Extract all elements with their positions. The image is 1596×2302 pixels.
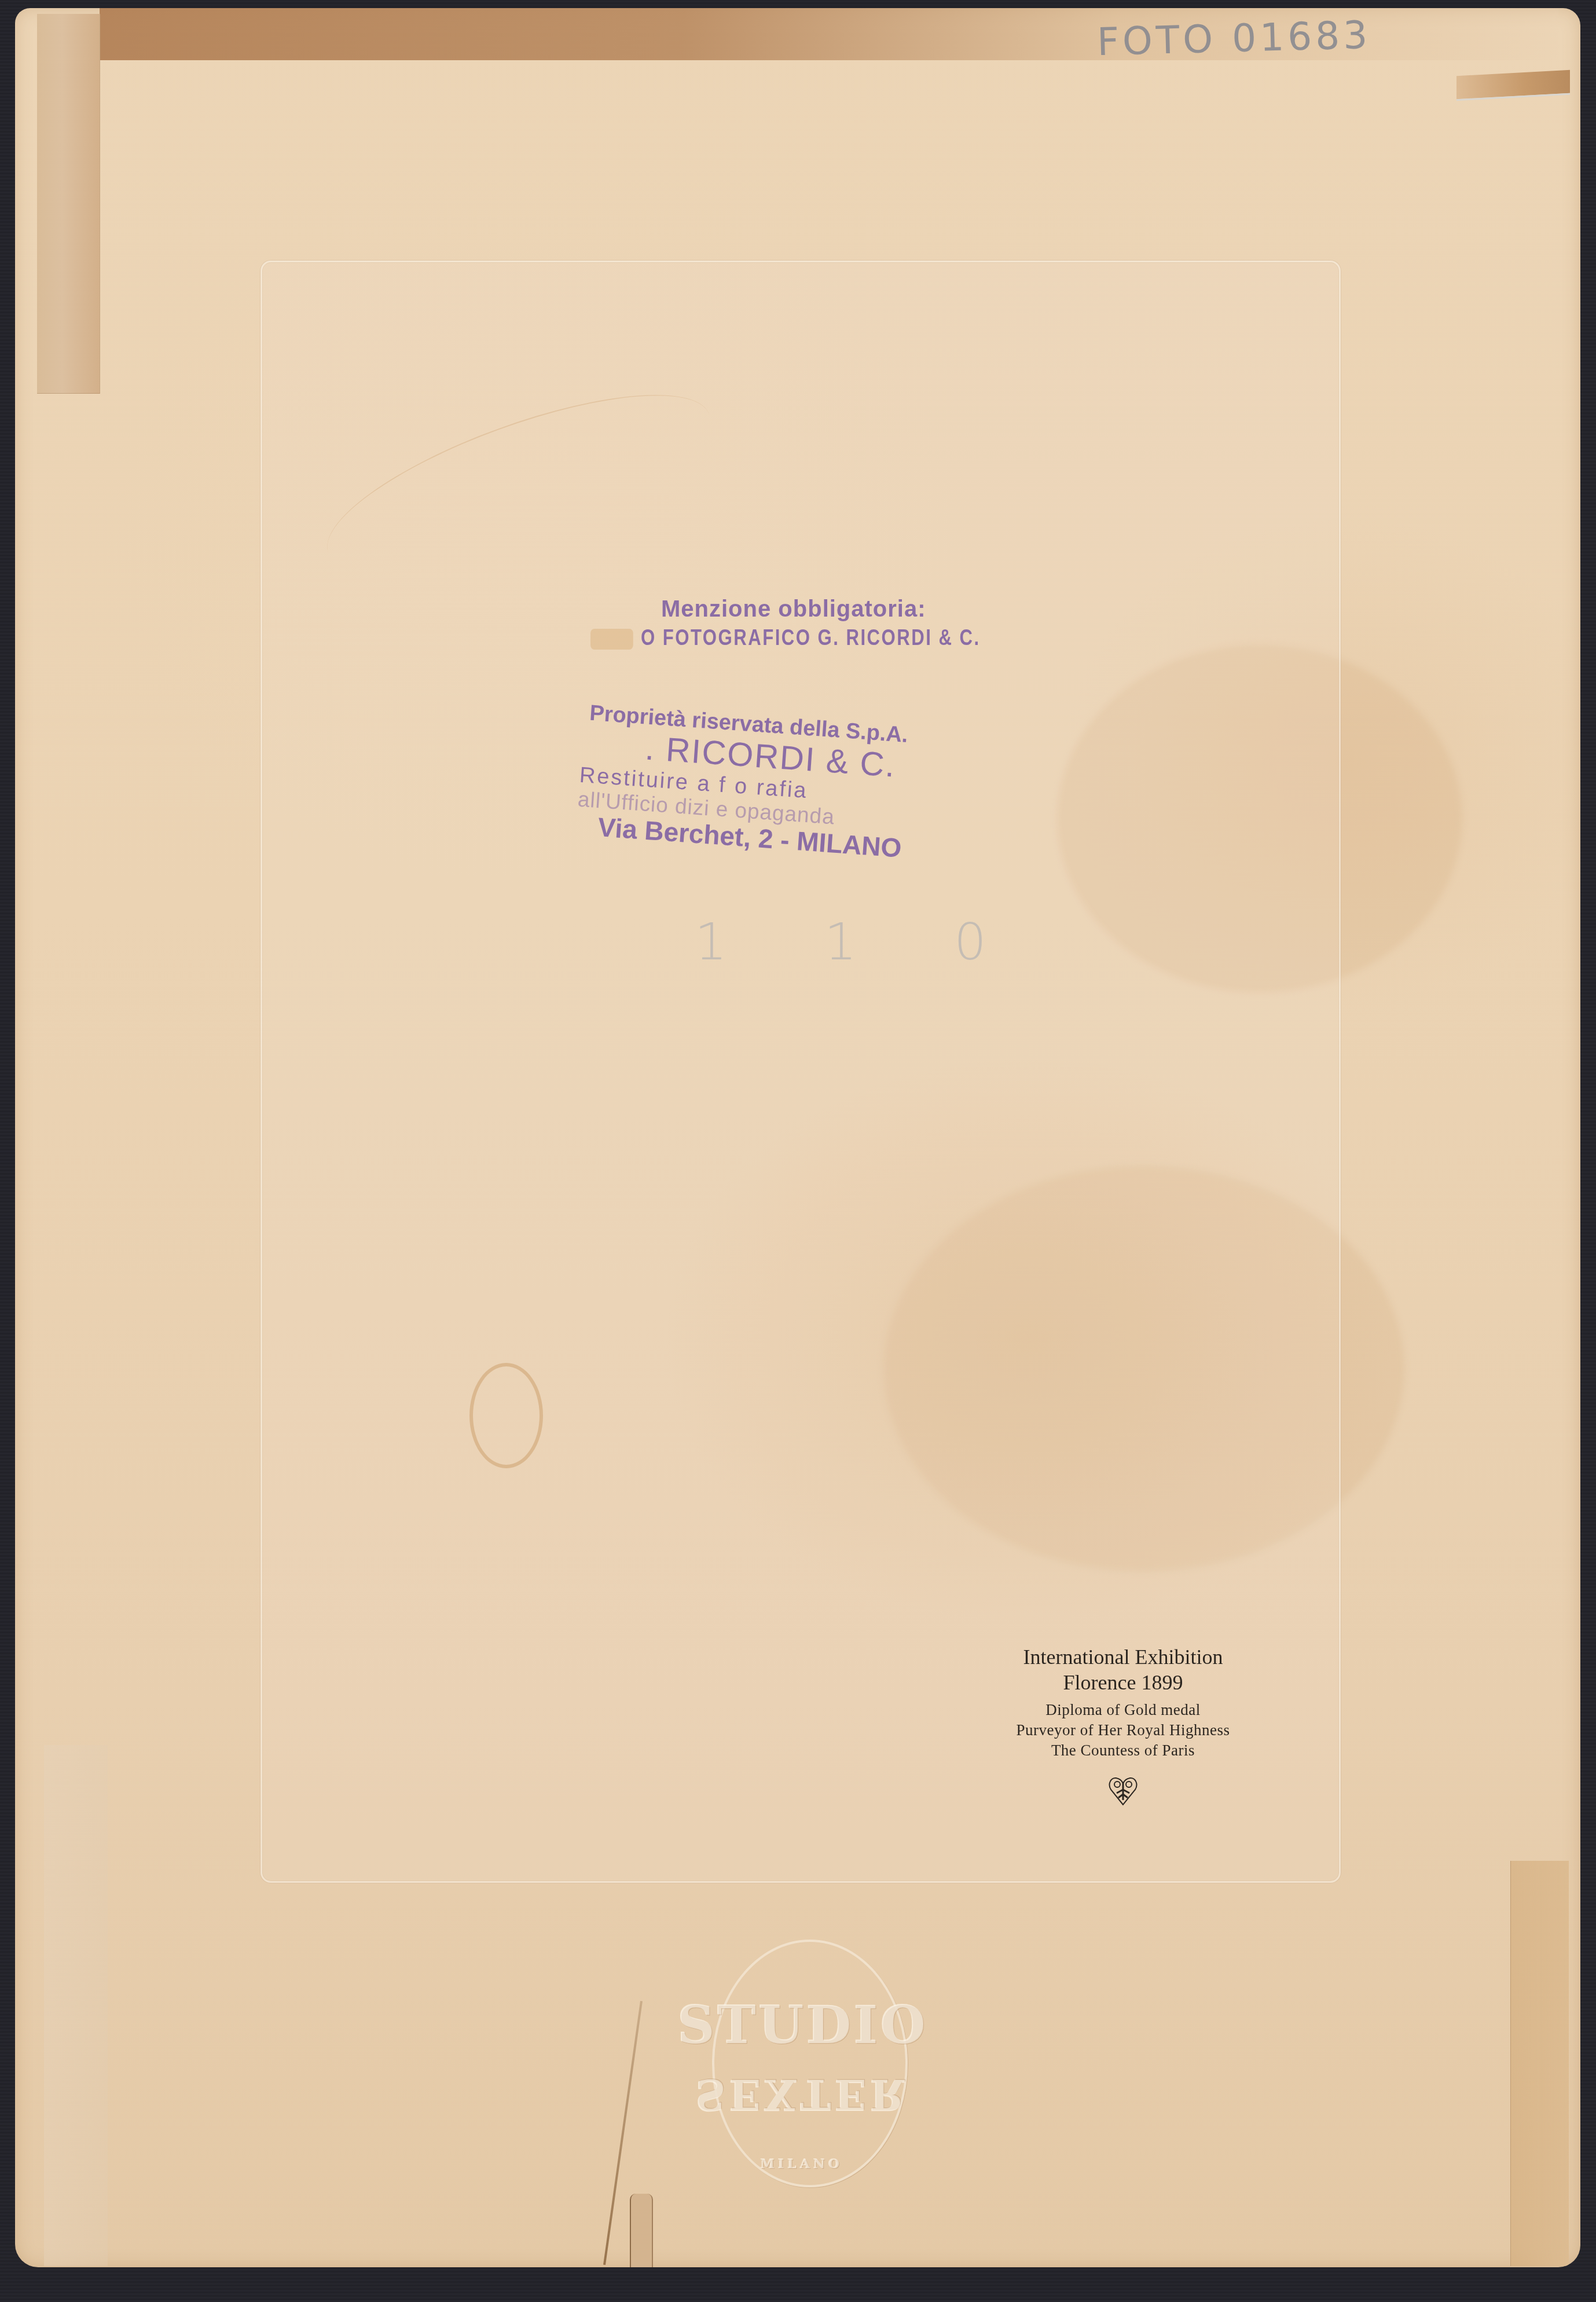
seal-word-bottom: SEXTER — [677, 2070, 926, 2119]
imprint-line3: Diploma of Gold medal — [973, 1700, 1274, 1720]
embossed-plate-area — [261, 261, 1341, 1883]
credit-stamp: Menzione obbligatoria: O FOTOGRAFICO G. … — [590, 596, 1066, 651]
seal-ring — [712, 1940, 908, 2187]
seal-word-top: STUDIO — [677, 1995, 926, 2056]
left-tape-strip — [37, 14, 100, 394]
ownership-stamp: Proprietà riservata della S.p.A. . RICOR… — [575, 701, 910, 864]
imprint-line5: The Countess of Paris — [973, 1740, 1274, 1761]
pencil-faint-number: 1 1 0 — [695, 912, 1027, 972]
torn-corner-right — [1456, 70, 1570, 101]
printed-imprint: International Exhibition Florence 1899 D… — [973, 1644, 1274, 1806]
stamp-smudge — [590, 629, 633, 650]
mount-card — [15, 8, 1580, 2267]
seal-small-text: MILANO — [677, 2157, 926, 2172]
right-edge-tape — [1510, 1861, 1569, 2266]
left-edge-discoloration — [44, 1745, 108, 2266]
imprint-line2: Florence 1899 — [973, 1670, 1274, 1695]
credit-stamp-line2-wrap: O FOTOGRAFICO G. RICORDI & C. — [590, 622, 1066, 651]
imprint-line4: Purveyor of Her Royal Highness — [973, 1720, 1274, 1740]
imprint-line1: International Exhibition — [973, 1644, 1274, 1670]
credit-stamp-line2-text: O FOTOGRAFICO G. RICORDI & C. — [641, 626, 981, 650]
torn-crack — [630, 2194, 653, 2267]
embossed-studio-seal: STUDIO SEXTER MILANO — [677, 1940, 926, 2194]
credit-stamp-line1: Menzione obbligatoria: — [661, 596, 1066, 622]
heart-ornament-icon — [1109, 1776, 1138, 1806]
pencil-inventory-number: FOTO 01683 — [1096, 13, 1371, 64]
ring-stain — [469, 1363, 543, 1468]
credit-stamp-line2: O FOTOGRAFICO G. RICORDI & C. — [590, 626, 981, 651]
